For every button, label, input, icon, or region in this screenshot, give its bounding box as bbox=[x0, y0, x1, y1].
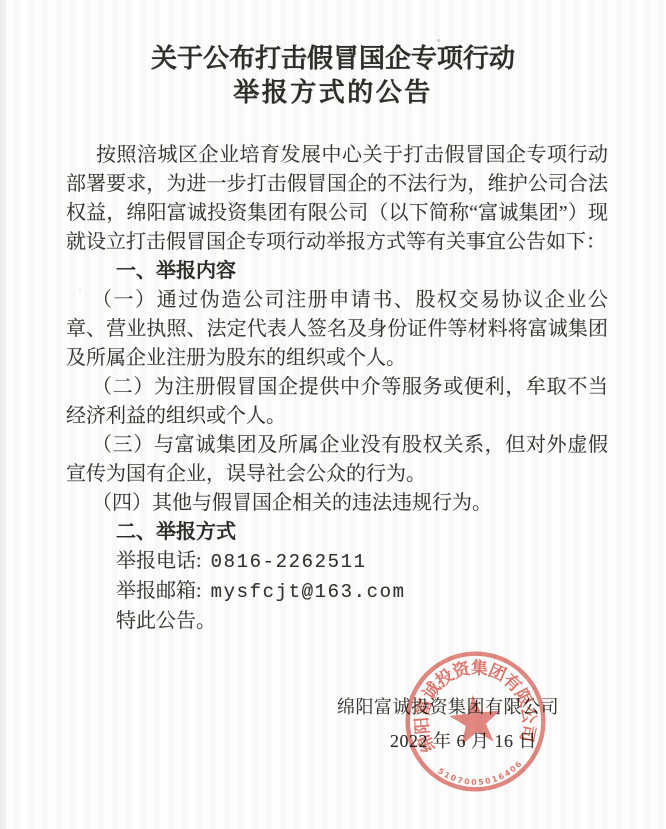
phone-number: 0816-2262511 bbox=[211, 551, 367, 573]
intro-paragraph: 按照涪城区企业培育发展中心关于打击假冒国企专项行动部署要求，为进一步打击假冒国企… bbox=[66, 141, 608, 257]
closing-line: 特此公告。 bbox=[66, 607, 608, 636]
email-label: 举报邮箱: bbox=[116, 580, 202, 602]
document-title: 关于公布打击假冒国企专项行动 举报方式的公告 bbox=[0, 42, 666, 110]
title-line-1: 关于公布打击假冒国企专项行动 bbox=[0, 42, 666, 76]
report-item-2: （二）为注册假冒国企提供中介等服务或便利，牟取不当经济利益的组织或个人。 bbox=[66, 373, 608, 431]
section-heading-report-content: 一、举报内容 bbox=[66, 257, 608, 286]
title-line-2: 举报方式的公告 bbox=[0, 76, 666, 110]
announcement-page: 关于公布打击假冒国企专项行动 举报方式的公告 按照涪城区企业培育发展中心关于打击… bbox=[0, 0, 666, 829]
email-address: mysfcjt@163.com bbox=[211, 581, 406, 603]
document-body: 按照涪城区企业培育发展中心关于打击假冒国企专项行动部署要求，为进一步打击假冒国企… bbox=[66, 141, 608, 636]
report-phone-line: 举报电话:0816-2262511 bbox=[66, 547, 608, 577]
report-item-3: （三）与富诚集团及所属企业没有股权关系，但对外虚假宣传为国有企业，误导社会公众的… bbox=[66, 431, 608, 489]
report-email-line: 举报邮箱:mysfcjt@163.com bbox=[66, 577, 608, 607]
phone-label: 举报电话: bbox=[116, 550, 202, 572]
company-seal: 绵阳富诚投资集团有限公司 5107005016406 bbox=[394, 640, 558, 804]
report-item-4: （四）其他与假冒国企相关的违法违规行为。 bbox=[66, 489, 608, 518]
report-item-1: （一）通过伪造公司注册申请书、股权交易协议企业公章、营业执照、法定代表人签名及身… bbox=[66, 286, 608, 373]
section-heading-report-method: 二、举报方式 bbox=[66, 518, 608, 547]
seal-star-icon bbox=[447, 692, 503, 746]
